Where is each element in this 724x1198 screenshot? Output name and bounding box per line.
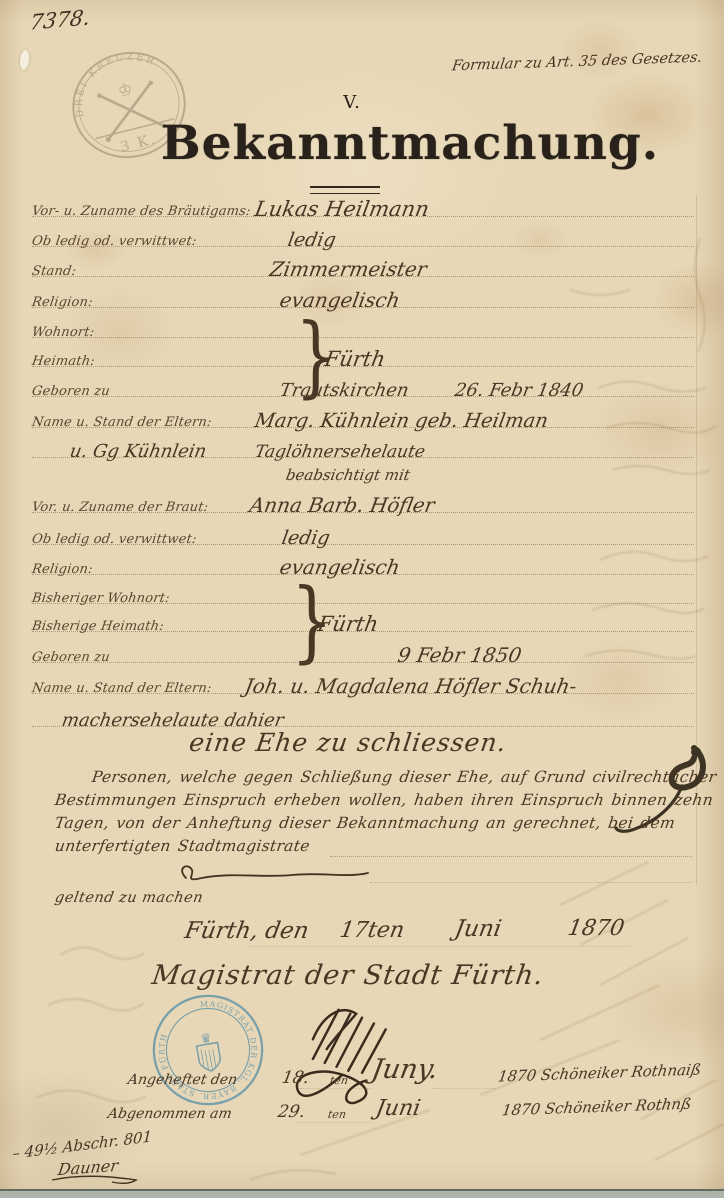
crown-icon: ♔ xyxy=(116,79,135,101)
connector-text: beabsichtigt mit xyxy=(284,466,411,484)
city-seal-stamp: MAGISTRAT DER KGL. BAYER. STADT FÜRTH ♛ xyxy=(150,992,266,1108)
form-row-groom-name: Vor- u. Zuname des Bräutigams: Lukas Hei… xyxy=(32,195,694,217)
form-row-groom-status: Ob ledig od. verwittwet: ledig xyxy=(32,225,694,247)
field-value-birthplace: Trautskirchen xyxy=(278,380,410,401)
dotted-line xyxy=(298,1106,374,1123)
form-row-groom-religion: Religion: evangelisch xyxy=(32,286,694,308)
form-row-bride-religion: Religion: evangelisch xyxy=(32,553,694,575)
field-value: Zimmermeister xyxy=(268,257,429,281)
field-value: ledig xyxy=(286,229,338,251)
dotted-line xyxy=(330,838,692,857)
dotted-line xyxy=(250,928,630,947)
form-row-groom-parents2: u. Gg Kühnlein Taglöhnersehelaute xyxy=(32,436,694,458)
field-label: Bisheriger Wohnort: xyxy=(31,591,171,606)
objection-line2: Bestimmungen Einspruch erheben wollen, h… xyxy=(54,791,715,809)
field-label: Geboren zu xyxy=(31,650,111,665)
form-row-bride-status: Ob ledig od. verwittwet: ledig xyxy=(32,523,694,545)
dotted-line xyxy=(370,864,692,883)
field-label: Bisherige Heimath: xyxy=(31,619,165,634)
flourish-line xyxy=(172,862,372,888)
posted-month: Juny. xyxy=(369,1054,440,1085)
form-row-groom-stand: Stand: Zimmermeister xyxy=(32,255,694,277)
field-label: Stand: xyxy=(31,264,77,279)
form-row-groom-parents: Name u. Stand der Eltern: Marg. Kühnlein… xyxy=(32,406,694,428)
objection-closing: geltend zu machen xyxy=(54,890,205,906)
scan-edge xyxy=(0,1189,724,1198)
objection-line3: Tagen, von der Anheftung dieser Bekanntm… xyxy=(54,814,677,832)
form-row-groom-home: Heimath: Fürth xyxy=(32,345,694,367)
form-row-bride-home: Bisherige Heimath: Fürth xyxy=(32,610,694,632)
field-label: Vor. u. Zuname der Braut: xyxy=(31,500,209,515)
form-row-bride-parents2: machersehelaute dahier xyxy=(32,705,694,727)
field-value-birthdate: 9 Febr 1850 xyxy=(396,643,524,667)
form-row-bride-name: Vor. u. Zuname der Braut: Anna Barb. Höf… xyxy=(32,491,694,513)
field-value: Lukas Heilmann xyxy=(253,197,431,221)
dotted-line xyxy=(432,1072,496,1089)
page-title: Bekanntmachung. xyxy=(161,116,659,171)
field-label: Geboren zu xyxy=(31,384,111,399)
clerk-signature-flourish xyxy=(50,1172,140,1186)
section-number: V. xyxy=(343,92,361,113)
field-label: Heimath: xyxy=(31,354,96,369)
form-row-bride-residence: Bisheriger Wohnort: xyxy=(32,582,694,604)
field-value: ledig xyxy=(280,527,332,549)
field-label: Wohnort: xyxy=(31,325,95,340)
field-label: Vor- u. Zuname des Bräutigams: xyxy=(31,204,252,219)
field-label: Ob ledig od. verwittwet: xyxy=(31,234,198,249)
field-value: Marg. Kühnlein geb. Heilman xyxy=(253,409,550,432)
field-label: Ob ledig od. verwittwet: xyxy=(31,532,198,547)
dotted-line xyxy=(32,662,694,663)
title-divider xyxy=(310,186,380,194)
objection-line4: unterfertigten Stadtmagistrate xyxy=(54,837,311,855)
posted-label: Angeheftet den xyxy=(127,1072,239,1088)
dotted-line xyxy=(300,1072,372,1089)
removed-label: Abgenommen am xyxy=(107,1106,234,1122)
field-label: Religion: xyxy=(31,295,94,310)
field-value-father: u. Gg Kühnlein xyxy=(68,441,208,462)
field-label: Name u. Stand der Eltern: xyxy=(31,681,213,696)
authority-line: Magistrat der Stadt Fürth. xyxy=(150,960,546,991)
scanned-document-page: 7378. Formular zu Art. 35 des Gesetzes. … xyxy=(0,0,724,1198)
field-value-occupation: Taglöhnersehelaute xyxy=(253,442,427,462)
objection-line1: Personen, welche gegen Schließung dieser… xyxy=(91,768,718,786)
removed-month: Juni xyxy=(374,1096,423,1121)
field-value: Joh. u. Magdalena Höfler Schuh- xyxy=(243,674,579,698)
declaration-text: eine Ehe zu schliessen. xyxy=(187,728,508,757)
form-row-bride-parents: Name u. Stand der Eltern: Joh. u. Magdal… xyxy=(32,672,694,694)
field-label: Religion: xyxy=(31,562,94,577)
field-value: Anna Barb. Höfler xyxy=(248,493,437,517)
dotted-line xyxy=(32,337,694,338)
form-row-groom-residence: Wohnort: xyxy=(32,316,694,338)
form-row-bride-born: Geboren zu 9 Febr 1850 xyxy=(32,641,694,663)
field-label: Name u. Stand der Eltern: xyxy=(31,415,213,430)
form-row-groom-born: Geboren zu Trautskirchen 26. Febr 1840 xyxy=(32,375,694,397)
field-value-birthdate: 26. Febr 1840 xyxy=(453,380,585,401)
coat-of-arms-shield xyxy=(197,1042,223,1072)
